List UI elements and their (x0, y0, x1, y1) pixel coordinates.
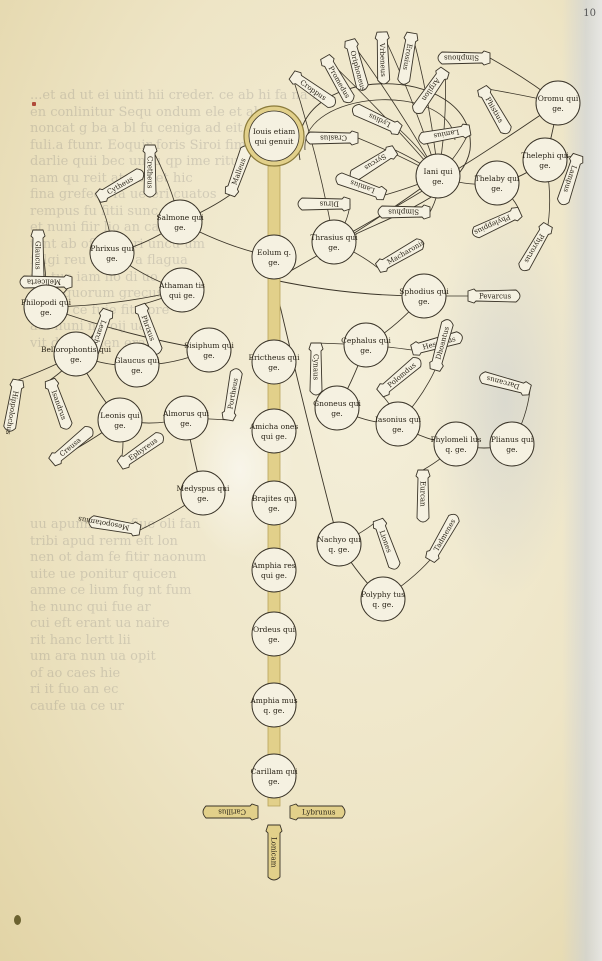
tree-node: Glaucus quige. (115, 343, 161, 387)
node-label: Eolum q. (257, 248, 291, 257)
tab-label: Polomdus (386, 361, 418, 389)
name-tab: Liones (371, 518, 402, 572)
tree-node: Thelaby quige. (475, 161, 520, 205)
node-label: ge. (180, 419, 192, 428)
tree-node: Iouis etiamqui genuit (244, 106, 304, 166)
node-label: qui ge. (261, 571, 287, 580)
tree-node: Nachyo quiq. ge. (317, 522, 361, 566)
node-label: Gnoneus qui (313, 399, 361, 408)
name-tab: Cretheus (143, 145, 157, 197)
name-tab: Creusa (48, 423, 97, 467)
node-label: q. ge. (372, 600, 393, 609)
tab-label: Carillus (218, 808, 246, 816)
tree-node: Cephalus quige. (341, 323, 391, 367)
tree-node: Amicha onesqui ge. (249, 409, 299, 453)
node-label: Amphia mus (249, 696, 297, 705)
tree-node: Carillam quige. (251, 754, 299, 798)
tree-node: Leonis quige. (98, 398, 142, 442)
tab-label: Glaucus (34, 241, 42, 270)
tree-node: Eolum q.ge. (252, 235, 296, 279)
tree-node: Athaman tisqui ge. (158, 268, 205, 312)
tab-label: Cretheus (146, 156, 154, 189)
node-label: Sisiphum qui (184, 341, 234, 350)
node-label: qui ge. (169, 291, 195, 300)
tree-node: Thelephi quige. (521, 138, 569, 182)
node-label: q. ge. (445, 445, 466, 454)
name-tab: Simphous (438, 51, 490, 65)
node-label: ge. (70, 355, 82, 364)
tab-label: Simphous (444, 54, 479, 62)
tab-label: Lybrunus (302, 809, 336, 817)
node-label: ge. (432, 177, 444, 186)
name-tab: Crasius (306, 131, 358, 145)
name-tab: Argilon (409, 66, 450, 117)
tree-node: Philopodi quige. (21, 285, 72, 329)
tree-node: Almorus quige. (162, 396, 210, 440)
node-label: Amicha ones (249, 422, 299, 431)
tree-node: Oromu quige. (536, 81, 580, 125)
node-label: ge. (203, 351, 215, 360)
terminal-tab: Carillus (203, 804, 258, 820)
node-label: ge. (268, 363, 280, 372)
tree-node: Polyphy tusq. ge. (361, 577, 405, 621)
node-label: q. ge. (328, 545, 349, 554)
node-label: ge. (174, 223, 186, 232)
node-label: ge. (331, 409, 343, 418)
node-label: ge. (40, 308, 52, 317)
tree-node: Thrasius quige. (310, 220, 358, 264)
node-label: Cephalus qui (341, 336, 391, 345)
tree-node: Brajites quige. (252, 481, 297, 525)
node-label: ge. (491, 184, 503, 193)
tab-label: Melicerta (27, 278, 61, 286)
node-label: ge. (506, 445, 518, 454)
node-label: ge. (114, 421, 126, 430)
tree-node: Amphia resqui ge. (251, 548, 296, 592)
node-label: Iasonius qui (375, 415, 422, 424)
node-label: ge. (539, 161, 551, 170)
node-label: Thelaby qui (475, 174, 520, 183)
tab-label: Cynaus (312, 354, 320, 381)
genealogical-tree: CroppusPromedusOriphoneusVrbeneusErosius… (0, 0, 602, 961)
node-label: Thelephi qui (521, 151, 569, 160)
manuscript-page: ...et ad ut ei uinti hii creder. ce ab h… (0, 0, 602, 961)
node-label: qui genuit (255, 137, 294, 146)
node-label: ge. (268, 635, 280, 644)
name-tab: Erosius (396, 32, 419, 86)
name-tab: Hippolochus (1, 379, 24, 436)
node-label: Polyphy tus (361, 590, 405, 599)
name-tab: Dirus (298, 197, 350, 211)
name-tab: Phyleppius (470, 206, 523, 241)
node-label: ge. (268, 258, 280, 267)
tree-node: Sphodius quige. (399, 274, 449, 318)
node-label: ge. (360, 346, 372, 355)
node-label: Salmone qui (156, 213, 204, 222)
node-label: Bellorophontis qui (41, 345, 112, 354)
tab-label: Vrbeneus (378, 42, 387, 77)
node-label: Iani qui (423, 167, 453, 176)
node-label: Sphodius qui (399, 287, 449, 296)
node-label: Carillam qui (251, 767, 299, 776)
tab-label: Pevarcus (479, 293, 511, 301)
tree-node: Iasonius quige. (375, 402, 422, 446)
name-tab: Tadmenes (424, 511, 462, 563)
tree-node: Phrixus quige. (90, 231, 134, 275)
tab-label: Crasius (320, 134, 347, 142)
node-label: Medyspus qui (177, 484, 231, 493)
node-label: q. ge. (263, 706, 284, 715)
node-label: Phylomeli lus (431, 435, 482, 444)
tree-node: Erictheus quige. (248, 340, 300, 384)
name-tab: Polomdus (376, 354, 425, 398)
tree-node: Amphia musq. ge. (249, 683, 297, 727)
node-label: ge. (418, 297, 430, 306)
node-label: Brajites qui (252, 494, 297, 503)
tree-node: Salmone quige. (156, 200, 204, 244)
node-label: ge. (552, 104, 564, 113)
tree-node: Medyspus quige. (177, 471, 231, 515)
node-label: Thrasius qui (310, 233, 358, 242)
node-label: Oromu qui (538, 94, 579, 103)
node-label: qui ge. (261, 432, 287, 441)
node-label: ge. (392, 425, 404, 434)
node-label: Amphia res (251, 561, 295, 570)
tab-label: Macharonis (386, 238, 427, 266)
node-label: Nachyo qui (317, 535, 361, 544)
node-label: Iouis etiam (253, 127, 295, 136)
node-label: Philopodi qui (21, 298, 72, 307)
tree-node: Phylomeli lusq. ge. (431, 422, 482, 466)
tab-label: Lonicam (270, 837, 278, 868)
node-label: Almorus qui (162, 409, 210, 418)
tree-node: Ordeus quige. (252, 612, 296, 656)
tab-label: Ephyreus (127, 436, 159, 462)
node-label: ge. (268, 777, 280, 786)
node-label: Erictheus qui (248, 353, 300, 362)
node-label: Ordeus qui (253, 625, 296, 634)
name-tab: Simphus (378, 205, 430, 219)
node-label: Athaman tis (158, 281, 205, 290)
name-tab: Phyrorus (516, 222, 554, 274)
tab-label: Simphus (388, 208, 419, 216)
name-tab: Portheus (221, 368, 244, 422)
node-label: Phrixus qui (90, 244, 134, 253)
name-tab: Darcanus (478, 370, 532, 397)
node-label: ge. (328, 243, 340, 252)
name-tab: Cynaus (309, 343, 323, 395)
tree-node: Iani quige. (416, 154, 460, 198)
terminal-tab: Lybrunus (290, 804, 345, 820)
terminal-tab: Lonicam (266, 825, 282, 880)
node-label: ge. (268, 504, 280, 513)
node-label: ge. (197, 494, 209, 503)
name-tab: Vrbeneus (375, 32, 391, 84)
name-tab: Cytheus (95, 166, 147, 204)
node-label: Glaucus qui (115, 356, 161, 365)
tree-node: Sisiphum quige. (184, 328, 234, 372)
name-tab: Mesopotamius (77, 512, 142, 537)
name-tab: Glaucus (31, 230, 45, 282)
node-label: Leonis qui (100, 411, 140, 420)
tab-label: Eurcan (419, 481, 427, 507)
node-label: ge. (131, 366, 143, 375)
tree-node: Plianus quige. (490, 422, 534, 466)
node-label: Plianus qui (491, 435, 534, 444)
name-tab: Macharonis (375, 235, 428, 274)
name-tab: Eurcan (416, 470, 430, 522)
node-label: ge. (106, 254, 118, 263)
name-tab: Pevarcus (468, 289, 520, 303)
name-tab: Isandrus (43, 378, 74, 432)
tab-label: Dirus (319, 200, 339, 208)
name-tab: Lydius (350, 102, 403, 137)
